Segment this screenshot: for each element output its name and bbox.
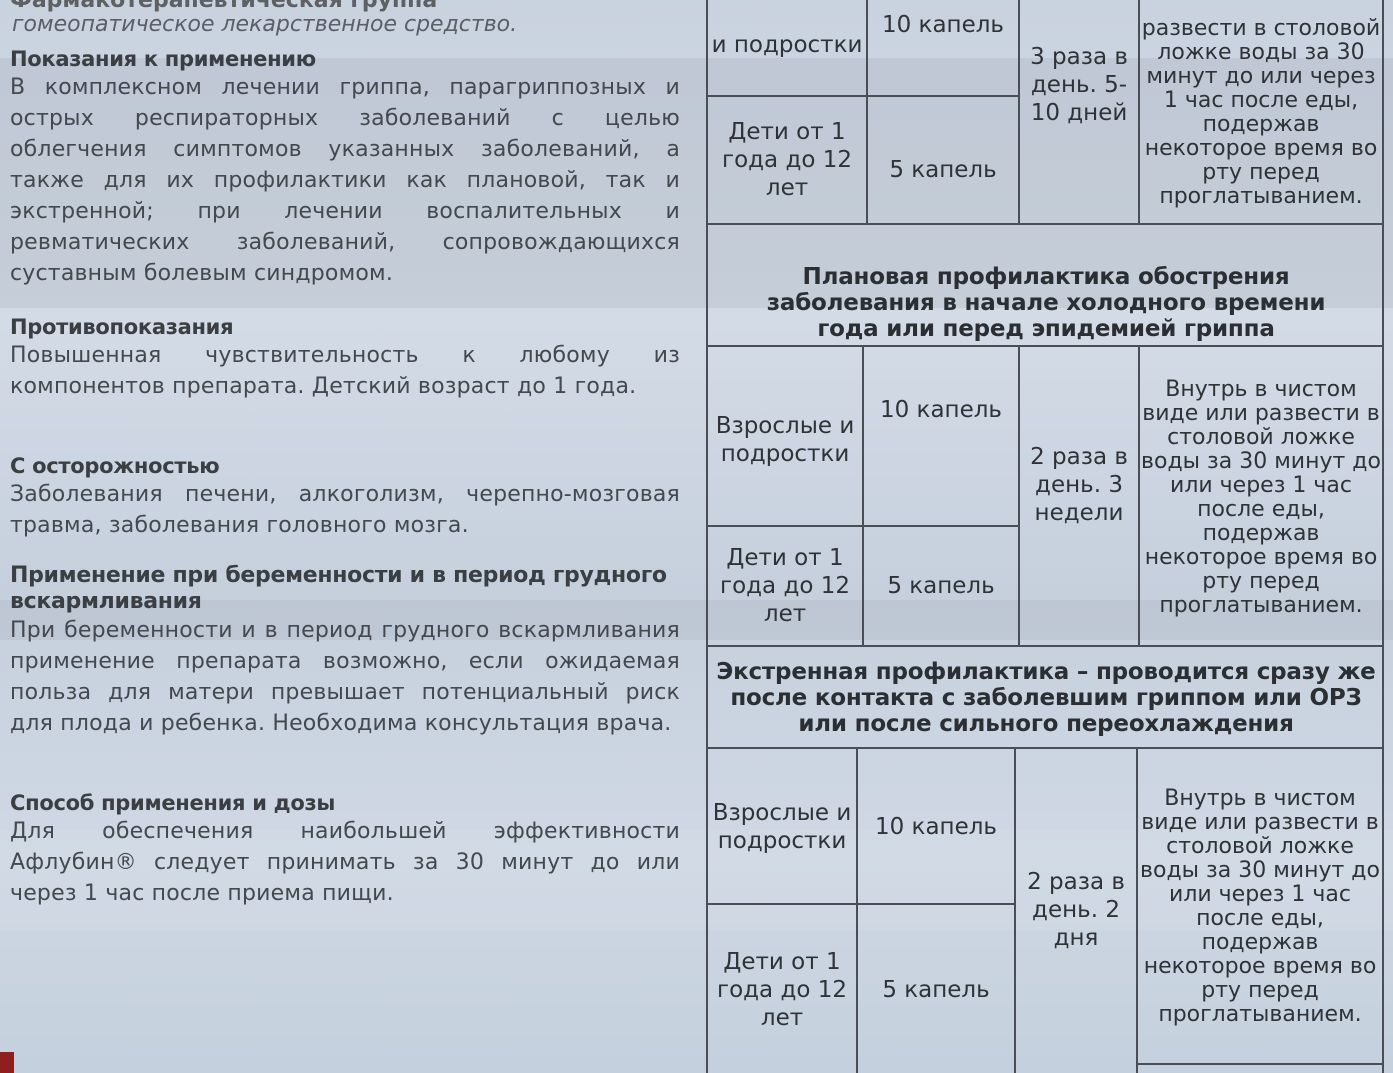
section-heading: Противопоказания [10,314,680,340]
section-pregnancy: Применение при беременности и в период г… [10,563,680,739]
table-cell-group: Дети от 1 года до 12 лет [708,97,866,223]
table-cell-frequency: 2 раза в день. 3 недели [1020,415,1138,555]
emergency-prophylaxis-heading: Экстренная профилактика – проводится сра… [712,655,1380,741]
section-body: Заболевания печени, алкоголизм, черепно-… [10,479,680,541]
section-body: Для обеспечения наибольшей эффективности… [10,816,680,909]
section-heading: Применение при беременности и в период г… [10,563,680,615]
section-body: В комплексном лечении гриппа, парагриппо… [10,72,680,289]
table-cell-method: Внутрь в чистом виде или развести в стол… [1138,757,1382,1057]
table-cell-dose: 10 капель [864,355,1018,465]
table-cell-group: Взрослые и подростки [708,757,856,897]
table-cell-method: развести в столовой ложке воды за 30 мин… [1140,0,1382,209]
section-heading: Показания к применению [10,46,680,72]
dosage-table: и подростки 10 капель Дети от 1 года до … [706,0,1388,1073]
table-cell-group: Дети от 1 года до 12 лет [708,527,862,645]
section-contraindications: Противопоказания Повышенная чувствительн… [10,314,680,402]
table-cell-dose: 5 капель [868,97,1018,243]
table-cell-dose: 10 капель [858,757,1014,897]
section-heading: С осторожностью [10,453,680,479]
table-cell-frequency: 2 раза в день. 2 дня [1016,855,1136,965]
red-edge-mark [0,1052,14,1073]
table-cell-frequency: 3 раза в день. 5-10 дней [1020,25,1138,145]
table-cell-group: Дети от 1 года до 12 лет [708,905,856,1073]
table-cell-method: Внутрь в чистом виде или развести в стол… [1140,355,1382,640]
table-cell-dose: 5 капель [864,527,1018,645]
table-cell-group: Взрослые и подростки [708,355,862,525]
section-dosage: Способ применения и дозы Для обеспечения… [10,790,680,909]
table-cell-group: и подростки [708,0,866,95]
section-caution: С осторожностью Заболевания печени, алко… [10,453,680,541]
pharmacological-group: гомеопатическое лекарственное средство. [12,12,517,37]
table-cell-dose: 10 капель [868,0,1018,55]
section-heading: Способ применения и дозы [10,790,680,816]
section-indications: Показания к применению В комплексном леч… [10,46,680,289]
section-body: Повышенная чувствительность к любому из … [10,340,680,402]
table-cell-dose: 5 капель [858,905,1014,1073]
planned-prophylaxis-heading: Плановая профилактика обострения заболев… [736,263,1356,343]
section-body: При беременности и в период грудного вск… [10,615,680,739]
